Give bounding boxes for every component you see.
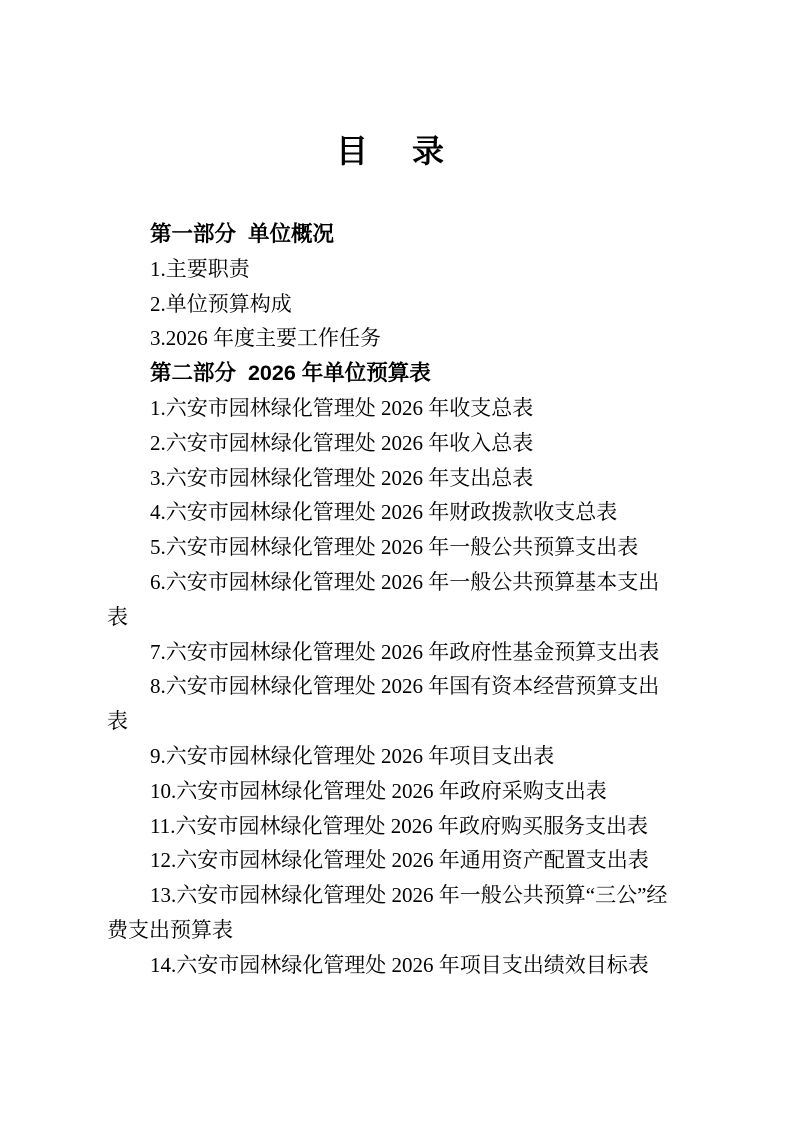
document-title: 目 录: [107, 132, 673, 170]
toc-item: 2.六安市园林绿化管理处 2026 年收入总表: [107, 426, 673, 461]
toc-item: 2.单位预算构成: [107, 287, 673, 322]
toc-item: 12.六安市园林绿化管理处 2026 年通用资产配置支出表: [107, 843, 673, 878]
toc-section-2-items: 1.六安市园林绿化管理处 2026 年收支总表2.六安市园林绿化管理处 2026…: [107, 391, 673, 983]
toc-item: 5.六安市园林绿化管理处 2026 年一般公共预算支出表: [107, 530, 673, 565]
toc-item: 14.六安市园林绿化管理处 2026 年项目支出绩效目标表: [107, 948, 673, 983]
toc-section-2: 第二部分 2026 年单位预算表 1.六安市园林绿化管理处 2026 年收支总表…: [107, 356, 673, 982]
toc-item: 13.六安市园林绿化管理处 2026 年一般公共预算“三公”经费支出预算表: [107, 878, 673, 948]
document-page: 目 录 第一部分 单位概况 1.主要职责2.单位预算构成3.2026 年度主要工…: [0, 0, 793, 1122]
toc-item: 7.六安市园林绿化管理处 2026 年政府性基金预算支出表: [107, 635, 673, 670]
toc-item: 1.六安市园林绿化管理处 2026 年收支总表: [107, 391, 673, 426]
toc-item: 3.六安市园林绿化管理处 2026 年支出总表: [107, 461, 673, 496]
toc-item: 3.2026 年度主要工作任务: [107, 321, 673, 356]
toc-item: 6.六安市园林绿化管理处 2026 年一般公共预算基本支出表: [107, 565, 673, 635]
table-of-contents: 第一部分 单位概况 1.主要职责2.单位预算构成3.2026 年度主要工作任务 …: [107, 217, 673, 983]
toc-section-2-heading: 第二部分 2026 年单位预算表: [107, 356, 673, 391]
toc-item: 10.六安市园林绿化管理处 2026 年政府采购支出表: [107, 774, 673, 809]
content-area: 目 录 第一部分 单位概况 1.主要职责2.单位预算构成3.2026 年度主要工…: [0, 0, 793, 983]
toc-item: 8.六安市园林绿化管理处 2026 年国有资本经营预算支出表: [107, 669, 673, 739]
toc-section-1: 第一部分 单位概况 1.主要职责2.单位预算构成3.2026 年度主要工作任务: [107, 217, 673, 356]
toc-section-1-items: 1.主要职责2.单位预算构成3.2026 年度主要工作任务: [107, 252, 673, 356]
toc-item: 9.六安市园林绿化管理处 2026 年项目支出表: [107, 739, 673, 774]
toc-item: 4.六安市园林绿化管理处 2026 年财政拨款收支总表: [107, 495, 673, 530]
toc-item: 1.主要职责: [107, 252, 673, 287]
toc-item: 11.六安市园林绿化管理处 2026 年政府购买服务支出表: [107, 809, 673, 844]
toc-section-1-heading: 第一部分 单位概况: [107, 217, 673, 252]
